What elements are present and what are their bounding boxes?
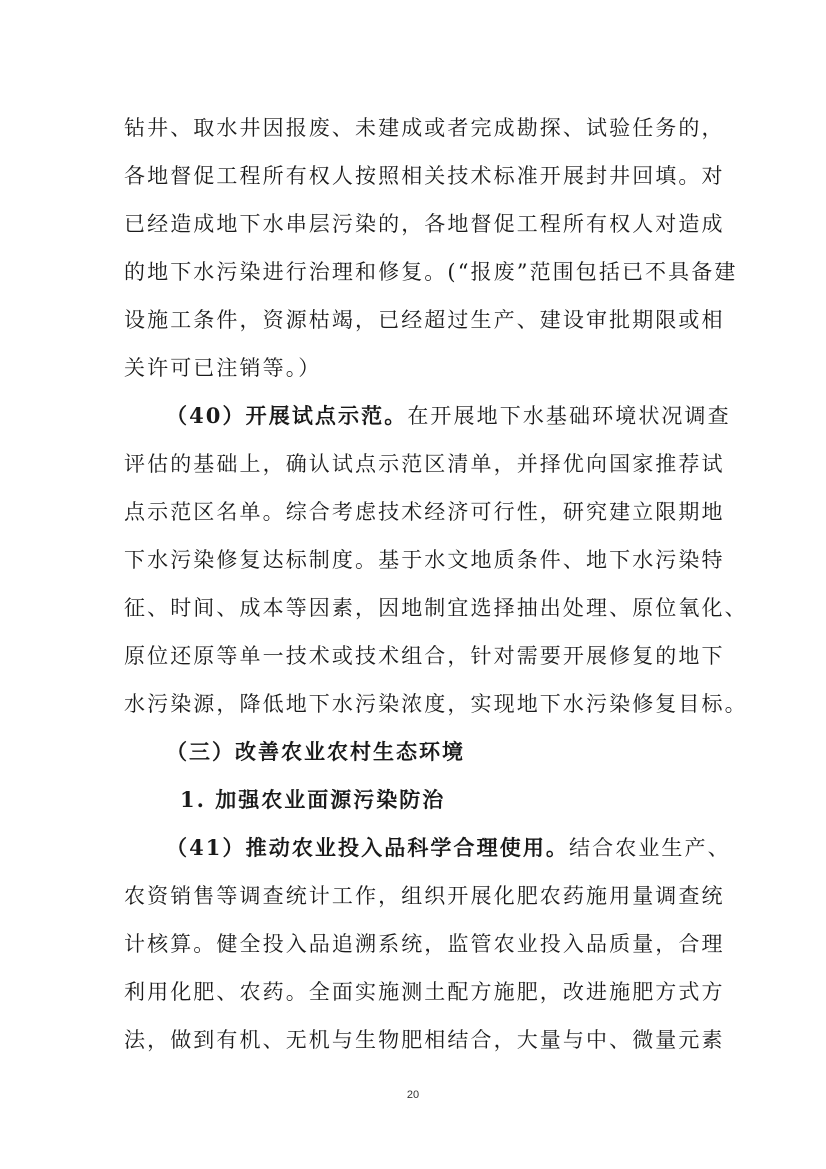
paragraph-line: 下水污染修复达标制度。基于水文地质条件、地下水污染特 xyxy=(124,548,704,572)
paragraph-line: 钻井、取水井因报废、未建成或者完成勘探、试验任务的， xyxy=(124,116,704,140)
item-41-text: 结合农业生产、 xyxy=(569,836,731,860)
paragraph-line: 评估的基础上，确认试点示范区清单，并择优向国家推荐试 xyxy=(124,452,704,476)
document-page: 钻井、取水井因报废、未建成或者完成勘探、试验任务的， 各地督促工程所有权人按照相… xyxy=(0,0,826,1169)
item-40-first-line: （40）开展试点示范。在开展地下水基础环境状况调查 xyxy=(166,404,704,428)
paragraph-line: 已经造成地下水串层污染的，各地督促工程所有权人对造成 xyxy=(124,212,704,236)
paragraph-line: 利用化肥、农药。全面实施测土配方施肥，改进施肥方式方 xyxy=(124,980,704,1004)
paragraph-line: 水污染源，降低地下水污染浓度，实现地下水污染修复目标。 xyxy=(124,692,704,716)
section-heading: （三）改善农业农村生态环境 xyxy=(166,740,465,764)
paragraph-line: 法，做到有机、无机与生物肥相结合，大量与中、微量元素 xyxy=(124,1028,704,1052)
page-number: 20 xyxy=(0,1089,826,1101)
item-40-text: 在开展地下水基础环境状况调查 xyxy=(407,404,730,428)
paragraph-line: 征、时间、成本等因素，因地制宜选择抽出处理、原位氧化、 xyxy=(124,596,704,620)
paragraph-line: 关许可已注销等。） xyxy=(124,356,704,380)
paragraph-line: 各地督促工程所有权人按照相关技术标准开展封井回填。对 xyxy=(124,164,704,188)
paragraph-line: 的地下水污染进行治理和修复。(“报废”范围包括已不具备建 xyxy=(124,260,704,284)
subsection-heading: 1. 加强农业面源污染防治 xyxy=(180,788,445,812)
paragraph-line: 原位还原等单一技术或技术组合，针对需要开展修复的地下 xyxy=(124,644,704,668)
paragraph-line: 设施工条件，资源枯竭，已经超过生产、建设审批期限或相 xyxy=(124,308,704,332)
paragraph-line: 计核算。健全投入品追溯系统，监管农业投入品质量，合理 xyxy=(124,932,704,956)
paragraph-line: 点示范区名单。综合考虑技术经济可行性，研究建立限期地 xyxy=(124,500,704,524)
item-41-title: （41）推动农业投入品科学合理使用。 xyxy=(166,835,569,860)
paragraph-line: 农资销售等调查统计工作，组织开展化肥农药施用量调查统 xyxy=(124,884,704,908)
item-40-title: （40）开展试点示范。 xyxy=(166,403,407,428)
item-41-first-line: （41）推动农业投入品科学合理使用。结合农业生产、 xyxy=(166,836,704,860)
